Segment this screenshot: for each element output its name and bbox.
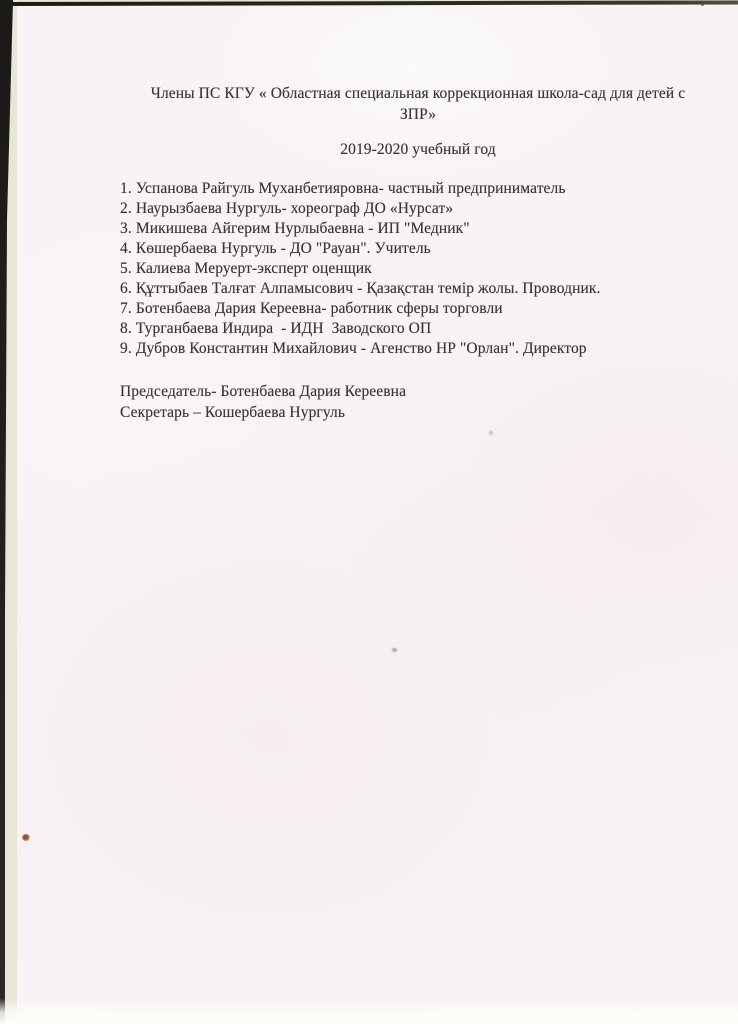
- scan-speck: [701, 3, 704, 6]
- scanner-edge-bottom: [0, 998, 738, 1024]
- scanner-edge-left: [0, 0, 14, 1024]
- member-row: 3.Микишева Айгерим Нурлыбаевна - ИП "Мед…: [120, 219, 716, 239]
- member-text: Дубров Константин Михайлович - Агенство …: [136, 340, 587, 357]
- secretary-line: Секретарь – Кошербаева Нургуль: [120, 402, 716, 423]
- member-number: 3.: [120, 220, 132, 237]
- document-title-line2: ЗПР»: [120, 104, 716, 125]
- scan-speck: [489, 431, 493, 435]
- member-row: 4.Көшербаева Нургуль - ДО "Рауан". Учите…: [120, 239, 716, 259]
- scanned-page: Члены ПС КГУ « Областная специальная кор…: [17, 5, 738, 1024]
- chairman-line: Председатель- Ботенбаева Дария Кереевна: [120, 381, 716, 402]
- document-content: Члены ПС КГУ « Областная специальная кор…: [120, 83, 716, 423]
- member-number: 4.: [120, 240, 132, 257]
- member-text: Микишева Айгерим Нурлыбаевна - ИП "Медни…: [136, 220, 470, 237]
- member-number: 1.: [120, 180, 132, 197]
- member-text: Ботенбаева Дария Кереевна- работник сфер…: [136, 300, 503, 317]
- member-text: Көшербаева Нургуль - ДО "Рауан". Учитель: [136, 240, 431, 257]
- member-text: Успанова Райгуль Муханбетияровна- частны…: [136, 180, 566, 197]
- school-year: 2019-2020 учебный год: [120, 139, 716, 160]
- member-number: 6.: [120, 280, 132, 297]
- member-row: 6.Құттыбаев Талғат Алпамысович - Қазақст…: [120, 279, 716, 299]
- member-number: 8.: [120, 320, 132, 337]
- document-title-line1: Члены ПС КГУ « Областная специальная кор…: [120, 83, 716, 104]
- officials-block: Председатель- Ботенбаева Дария Кереевна …: [120, 381, 716, 423]
- member-text: Калиева Меруерт-эксперт оценщик: [136, 260, 372, 277]
- members-list: 1.Успанова Райгуль Муханбетияровна- част…: [120, 179, 716, 359]
- member-row: 2.Наурызбаева Нургуль- хореограф ДО «Нур…: [120, 199, 716, 219]
- red-stain: [22, 834, 30, 841]
- member-row: 8.Турганбаева Индира - ИДН Заводского ОП: [120, 319, 716, 339]
- member-number: 5.: [120, 260, 132, 277]
- member-row: 5.Калиева Меруерт-эксперт оценщик: [120, 259, 716, 279]
- member-text: Наурызбаева Нургуль- хореограф ДО «Нурса…: [136, 200, 453, 217]
- member-number: 7.: [120, 300, 132, 317]
- member-row: 7.Ботенбаева Дария Кереевна- работник сф…: [120, 299, 716, 319]
- member-row: 1.Успанова Райгуль Муханбетияровна- част…: [120, 179, 716, 199]
- member-number: 9.: [120, 340, 132, 357]
- member-text: Құттыбаев Талғат Алпамысович - Қазақстан…: [136, 280, 601, 297]
- scan-speck: [392, 648, 397, 652]
- member-number: 2.: [120, 200, 132, 217]
- member-row: 9.Дубров Константин Михайлович - Агенств…: [120, 339, 716, 359]
- member-text: Турганбаева Индира - ИДН Заводского ОП: [136, 320, 431, 337]
